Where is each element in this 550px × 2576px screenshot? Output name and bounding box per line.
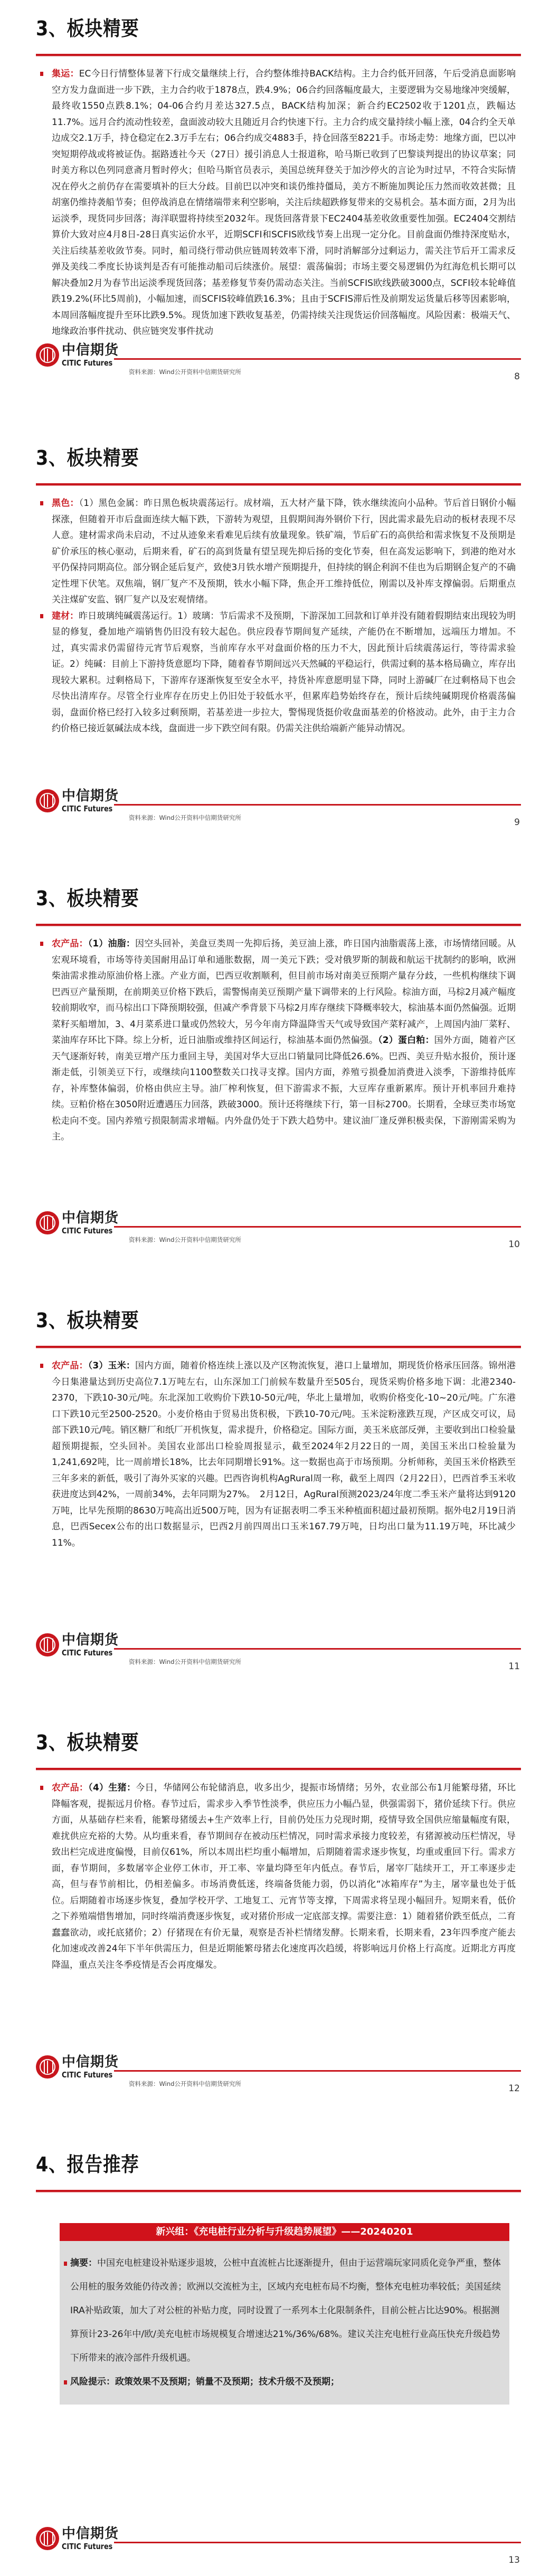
slide-page-11: 3、板块精要 农产品：（3）玉米：国内方面，随着价格连续上涨以及产区物流恢复，港… [0,1292,550,1682]
page-title: 3、板块精要 [36,0,463,42]
footer-divider [114,358,521,360]
citic-futures-logo: 中信期货CITIC Futures [36,2526,121,2551]
bullet-square-icon [64,2380,67,2385]
category-tag: 农产品： [52,1361,88,1371]
page-title: 3、板块精要 [36,870,463,912]
slide-footer: 中信期货CITIC Futures 资料来源：Wind公开资料中信期货研究所 1… [36,2054,521,2104]
citic-logo-icon [36,1211,59,1234]
paragraph-text: EC今日行情整体显著下行成交量继续上行，合约整体维持BACK结构。主力合约低开回… [52,69,516,337]
citic-futures-logo: 中信期货CITIC Futures [36,2054,121,2080]
page-number: 11 [508,1661,520,1672]
source-note: 资料来源：Wind公开资料中信期货研究所 [129,813,241,822]
slide-footer: 中信期货CITIC Futures 13 [36,2526,521,2576]
citic-futures-logo: 中信期货CITIC Futures [36,788,121,813]
page-number: 8 [514,371,520,382]
slide-page-12: 3、板块精要 农产品：（4）生猪：今日，华储网公布轮储消息，收多出少，提振市场情… [0,1714,550,2104]
bullet-square-icon [40,942,43,946]
source-note: 资料来源：Wind公开资料中信期货研究所 [129,2080,241,2088]
slide-footer: 中信期货CITIC Futures 资料来源：Wind公开资料中信期货研究所 8 [36,342,521,392]
report-recommendation-card[interactable]: 新兴组：《充电桩行业分析与升级趋势展望》——20240201 摘要：中国充电桩建… [60,2223,509,2405]
category-tag: 农产品： [52,939,88,949]
category-tag: 建材： [52,611,79,621]
risk-note: 风险提示：政策效果不及预期；销量不及预期；技术升级不及预期； [70,2370,503,2394]
page-number: 9 [514,817,520,828]
subcategory-label: （4）生猪： [88,1783,136,1793]
page-title: 3、板块精要 [36,1714,463,1756]
source-note: 资料来源：Wind公开资料中信期货研究所 [129,1236,241,1244]
paragraph-agri-oils-meal: 农产品：（1）油脂：因空头回补，美盘豆类周一先抑后扬，美豆油上涨，昨日国内油脂震… [48,936,516,1145]
report-summary: 摘要：中国充电桩建设补贴逐步退坡，公桩中直流桩占比逐渐提升，但由于运营端玩家同质… [70,2252,503,2370]
page-title: 3、板块精要 [36,429,463,472]
bullet-square-icon [40,501,43,505]
citic-logo-icon [36,1633,59,1656]
bullet-square-icon [40,72,43,76]
citic-logo-icon [36,789,59,812]
footer-divider [114,804,521,806]
footer-divider [114,2070,521,2072]
footer-divider [114,1226,521,1228]
category-tag: 农产品： [52,1783,88,1793]
summary-text: 中国充电桩建设补贴逐步退坡，公桩中直流桩占比逐渐提升，但由于运营端玩家同质化竞争… [70,2258,501,2363]
paragraph-building-materials: 建材：昨日玻璃纯碱震荡运行。1）玻璃：节后需求不及预期，下游深加工回款和订单并没… [48,608,516,737]
paragraph-text: 今日，华储网公布轮储消息，收多出少，提振市场情绪；另外，农业部公布1月能繁母猪，… [52,1783,516,1970]
slide-page-13: 4、报告推荐 新兴组：《充电桩行业分析与升级趋势展望》——20240201 摘要… [0,2136,550,2576]
citic-futures-logo: 中信期货CITIC Futures [36,1210,121,1236]
summary-label: 摘要： [70,2258,97,2268]
paragraph-text: 昨日玻璃纯碱震荡运行。1）玻璃：节后需求不及预期，下游深加工回款和订单并没有随着… [52,611,516,734]
report-title[interactable]: 新兴组：《充电桩行业分析与升级趋势展望》——20240201 [60,2223,509,2241]
paragraph-shipping: 集运：EC今日行情整体显著下行成交量继续上行，合约整体维持BACK结构。主力合约… [48,66,516,340]
subcategory-label: （2）蛋白粕： [378,1035,434,1046]
footer-divider [114,2542,521,2543]
page-title: 3、板块精要 [36,1292,463,1334]
citic-futures-logo: 中信期货CITIC Futures [36,1632,121,1658]
bullet-square-icon [40,1786,43,1790]
page-title: 4、报告推荐 [36,2136,463,2178]
slide-footer: 中信期货CITIC Futures 资料来源：Wind公开资料中信期货研究所 1… [36,1632,521,1682]
category-tag: 集运： [52,69,79,79]
paragraph-agri-corn: 农产品：（3）玉米：国内方面，随着价格连续上涨以及产区物流恢复，港口上量增加，期… [48,1358,516,1551]
source-note: 资料来源：Wind公开资料中信期货研究所 [129,1658,241,1666]
slide-page-10: 3、板块精要 农产品：（1）油脂：因空头回补，美盘豆类周一先抑后扬，美豆油上涨，… [0,870,550,1260]
paragraph-text: 因空头回补，美盘豆类周一先抑后扬，美豆油上涨，昨日国内油脂震荡上涨，市场情绪回暖… [52,939,516,1046]
bullet-square-icon [40,614,43,618]
slide-page-9: 3、板块精要 黑色：（1）黑色金属：昨日黑色板块震荡运行。成材端，五大材产量下降… [0,429,550,838]
slide-footer: 中信期货CITIC Futures 资料来源：Wind公开资料中信期货研究所 1… [36,1210,521,1260]
category-tag: 黑色： [52,498,79,509]
source-note: 资料来源：Wind公开资料中信期货研究所 [129,368,241,376]
paragraph-text: 国外方面，随着产区天气逐渐好转，南美豆增产压力重回主导，美国对华大豆出口销量同比… [52,1035,516,1142]
footer-divider [114,1648,521,1650]
paragraph-agri-hogs: 农产品：（4）生猪：今日，华储网公布轮储消息，收多出少，提振市场情绪；另外，农业… [48,1780,516,1973]
bullet-square-icon [64,2262,67,2266]
subcategory-label: （3）玉米： [88,1361,135,1371]
citic-logo-icon [36,343,59,367]
citic-futures-logo: 中信期货CITIC Futures [36,342,121,368]
slide-footer: 中信期货CITIC Futures 资料来源：Wind公开资料中信期货研究所 9 [36,788,521,838]
paragraph-ferrous: 黑色：（1）黑色金属：昨日黑色板块震荡运行。成材端，五大材产量下降，铁水继续流向… [48,495,516,608]
risk-text: 风险提示：政策效果不及预期；销量不及预期；技术升级不及预期； [70,2377,339,2387]
citic-logo-icon [36,2527,59,2550]
paragraph-text: 国内方面，随着价格连续上涨以及产区物流恢复，港口上量增加，期现货价格承压回落。锦… [52,1361,516,1548]
page-number: 13 [508,2555,520,2565]
title-divider [36,2190,521,2192]
slide-page-8: 3、板块精要 集运：EC今日行情整体显著下行成交量继续上行，合约整体维持BACK… [0,0,550,392]
page-number: 12 [508,2083,520,2094]
page-number: 10 [508,1239,520,1250]
bullet-square-icon [40,1364,43,1368]
citic-logo-icon [36,2055,59,2079]
paragraph-text: （1）黑色金属：昨日黑色板块震荡运行。成材端，五大材产量下降，铁水继续流向小品种… [52,498,516,605]
subcategory-label: （1）油脂： [88,939,135,949]
